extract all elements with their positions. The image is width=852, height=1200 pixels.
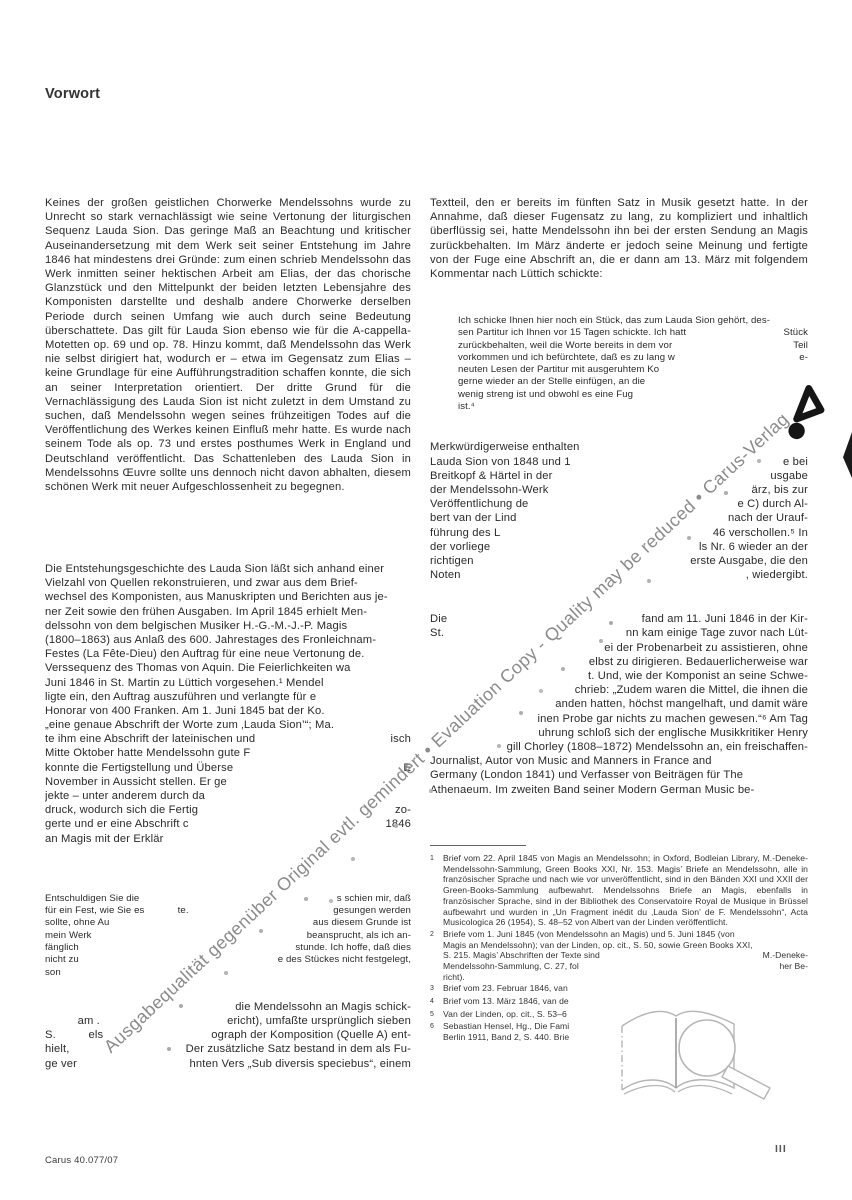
text-line: zurückbehalten, weil die Worte bereits i… bbox=[458, 339, 808, 351]
carus-logo-icon bbox=[781, 384, 829, 447]
text-line: Veröffentlichung dee C) durch Al- bbox=[430, 497, 808, 511]
footnote-3: 3 Brief vom 23. Februar 1846, van bbox=[430, 983, 808, 995]
text-line: gerne wieder an der Stelle einfügen, an … bbox=[458, 375, 808, 387]
text-line: Mendelssohn-Sammlung, C. 27, folher Be- bbox=[443, 961, 808, 972]
text-line: Briefe vom 1. Juni 1845 (von Mendelssohn… bbox=[443, 929, 808, 940]
footnote-number: 2 bbox=[430, 929, 443, 982]
paragraph-right-1: Textteil, den er bereits im fünften Satz… bbox=[430, 196, 808, 281]
text-line: bert van der Lindnach der Urauf- bbox=[430, 511, 808, 525]
text-line: ge verhnten Vers „Sub diversis speciebus… bbox=[45, 1057, 411, 1071]
text-line: Diefand am 11. Juni 1846 in der Kir- bbox=[430, 612, 808, 626]
text-line: Die Entstehungsgeschichte des Lauda Sion… bbox=[45, 562, 411, 576]
footnote-number: 1 bbox=[430, 853, 443, 928]
text-line: vorkommen und ich befürchtete, daß es zu… bbox=[458, 351, 808, 363]
preface-page: Vorwort Keines der großen geistlichen Ch… bbox=[0, 0, 852, 1200]
text-line: elbst zu dirigieren. Bedauerlicherweise … bbox=[430, 655, 808, 669]
letter-quote-right: Ich schicke Ihnen hier noch ein Stück, d… bbox=[458, 314, 808, 412]
footnote-number: 6 bbox=[430, 1021, 443, 1042]
text-line: Athenaeum. Im zweiten Band seiner Modern… bbox=[430, 783, 808, 797]
text-line: richt). bbox=[443, 972, 808, 983]
scan-artifact bbox=[843, 432, 852, 478]
text-line: neuten Lesen der Partitur mit ausgeruhte… bbox=[458, 363, 808, 375]
text-line: Mitte Oktober hatte Mendelssohn gute F bbox=[45, 746, 411, 760]
text-line: son bbox=[45, 966, 411, 978]
footnote-2: 2 Briefe vom 1. Juni 1845 (von Mendelsso… bbox=[430, 929, 808, 982]
text-line: an Magis mit der Erklär bbox=[45, 832, 411, 846]
footnote-rule bbox=[430, 845, 526, 846]
catalog-number: Carus 40.077/07 bbox=[45, 1155, 118, 1166]
text-line: inen Probe gar nichts zu machen gewesen.… bbox=[430, 712, 808, 726]
right-column-lower: Ich schicke Ihnen hier noch ein Stück, d… bbox=[430, 314, 808, 797]
text-line: te ihm eine Abschrift der lateinischen u… bbox=[45, 732, 411, 746]
text-line: November in Aussicht stellen. Er ge bbox=[45, 775, 411, 789]
text-line: ligte ein, den Auftrag auszuführen und v… bbox=[45, 690, 411, 704]
scan-noise bbox=[0, 0, 2, 2]
footnote-number: 3 bbox=[430, 983, 443, 995]
footnote-number: 5 bbox=[430, 1009, 443, 1021]
text-line: Juni 1846 in St. Martin zu Lüttich vorge… bbox=[45, 676, 411, 690]
text-line: Entschuldigen Sie dies schien mir, daß bbox=[45, 892, 411, 904]
text-line: am .ericht), umfaßte ursprünglich sieben bbox=[45, 1014, 411, 1028]
text-line: (1800–1863) aus Anlaß des 600. Jahrestag… bbox=[45, 633, 411, 647]
text-line: nicht zue des Stückes nicht festgelegt, bbox=[45, 953, 411, 965]
text-line: Germany (London 1841) und Verfasser von … bbox=[430, 768, 808, 782]
paragraph-left-1: Keines der großen geistlichen Chorwerke … bbox=[45, 196, 411, 494]
text-line: ist.⁴ bbox=[458, 400, 808, 412]
text-line: wenig streng ist und obwohl es eine Fug bbox=[458, 388, 808, 400]
text-line: Ich schicke Ihnen hier noch ein Stück, d… bbox=[458, 314, 808, 326]
text-line: Journalist, Autor von Music and Manners … bbox=[430, 754, 808, 768]
footnote-1: 1 Brief vom 22. April 1845 von Magis an … bbox=[430, 853, 808, 928]
page-number: III bbox=[775, 1143, 787, 1155]
text-line: ei der Probenarbeit zu assistieren, ohne bbox=[430, 641, 808, 655]
text-line: St.nn kam einige Tage zuvor nach Lüt- bbox=[430, 626, 808, 640]
text-line: wechsel des Komponisten, aus Manuskripte… bbox=[45, 590, 411, 604]
footnote-text: Brief vom 23. Februar 1846, van bbox=[443, 983, 808, 995]
footnote-text: Briefe vom 1. Juni 1845 (von Mendelssohn… bbox=[443, 929, 808, 982]
text-line: „eine genaue Abschrift der Worte zum ‚La… bbox=[45, 718, 411, 732]
text-line: gill Chorley (1808–1872) Mendelssohn an,… bbox=[430, 740, 808, 754]
text-line: für ein Fest, wie Sie es te.gesungen wer… bbox=[45, 904, 411, 916]
book-magnifier-icon bbox=[612, 1000, 792, 1120]
text-line: delssohn von dem belgischen Musiker H.-G… bbox=[45, 619, 411, 633]
text-line: Festes (La Fête-Dieu) den Auftrag für ei… bbox=[45, 647, 411, 661]
text-line: uhrung schloß sich der englische Musikkr… bbox=[430, 726, 808, 740]
text-line: konnte die Fertigstellung und ÜberseE bbox=[45, 761, 411, 775]
text-line: führung des L46 verschollen.⁵ In bbox=[430, 526, 808, 540]
text-line: der vorliegels Nr. 6 wieder an der bbox=[430, 540, 808, 554]
text-line: Honorar von 400 Franken. Am 1. Juni 1845… bbox=[45, 704, 411, 718]
text-line: sen Partitur ich Ihnen vor 15 Tagen schi… bbox=[458, 326, 808, 338]
text-line: S. 215. Magis’ Abschriften der Texte sin… bbox=[443, 950, 808, 961]
text-line: Verssequenz des Thomas von Aquin. Die Fe… bbox=[45, 661, 411, 675]
text-line: hielt,Der zusätzliche Satz bestand in de… bbox=[45, 1042, 411, 1056]
footnote-text: Brief vom 22. April 1845 von Magis an Me… bbox=[443, 853, 808, 928]
text-line: ner Zeit sowie den frühen Ausgaben. Im A… bbox=[45, 605, 411, 619]
text-line: die Mendelssohn an Magis schick- bbox=[45, 1000, 411, 1014]
text-line: der Mendelssohn-Werkärz, bis zur bbox=[430, 483, 808, 497]
text-line: jekte – unter anderem durch da bbox=[45, 789, 411, 803]
paragraph-left-3: die Mendelssohn an Magis schick- am .eri… bbox=[45, 1000, 411, 1071]
text-line: Vielzahl von Quellen rekonstruieren, und… bbox=[45, 576, 411, 590]
text-line: Breitkopf & Härtel in derusgabe bbox=[430, 469, 808, 483]
page-title: Vorwort bbox=[45, 86, 100, 102]
text-line: Magis an Mendelssohn); van der Linden, o… bbox=[443, 940, 808, 951]
footnote-number: 4 bbox=[430, 996, 443, 1008]
